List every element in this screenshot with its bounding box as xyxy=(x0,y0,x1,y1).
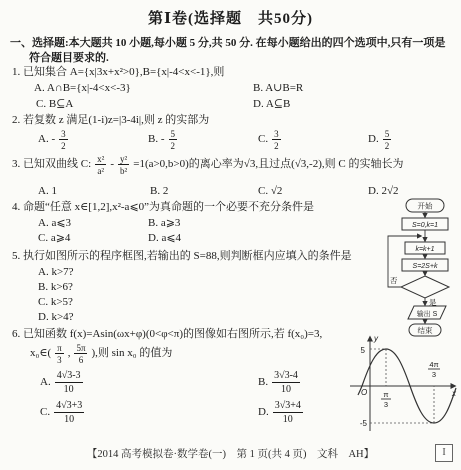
q6-option-b: B. 3√3-410 xyxy=(258,370,302,395)
option-label: C. xyxy=(258,133,268,147)
comma: , xyxy=(68,347,71,361)
q1-option-b: B. A∪B=R xyxy=(253,82,303,96)
fraction: 52 xyxy=(383,129,392,152)
minus-sign: - xyxy=(110,158,114,172)
y-max-tick: 5 xyxy=(361,346,366,355)
fraction: 52 xyxy=(169,129,178,152)
option-label: C. xyxy=(40,406,50,420)
q6-stem-pre: x₀∈( xyxy=(30,347,51,361)
q2-stem: 2. 若复数 z 满足(1-i)z=|3-4i|,则 z 的实部为 xyxy=(12,114,209,128)
q5-option-c: C. k>5? xyxy=(38,296,73,310)
fraction: 3√3+410 xyxy=(273,400,303,425)
y-axis-label: y xyxy=(373,334,379,343)
q5-stem: 5. 执行如图所示的程序框图,若输出的 S=88,则判断框内应填入的条件是 xyxy=(12,250,352,264)
fraction: 32 xyxy=(272,129,281,152)
q4-option-b: B. a⩾3 xyxy=(148,217,180,231)
option-label: A. xyxy=(40,376,51,390)
q3-option-a: A. 1 xyxy=(38,185,57,199)
q2-option-c: C. 32 xyxy=(258,129,283,152)
exam-page: 第Ⅰ卷(选择题 共50分) 一、选择题:本大题共 10 小题,每小题 5 分,共… xyxy=(0,0,461,470)
flowchart-decision-shape xyxy=(401,276,449,298)
instructions-line1: 一、选择题:本大题共 10 小题,每小题 5 分,共 50 分. 在每小题给出的… xyxy=(10,37,445,51)
q4-option-d: D. a⩽4 xyxy=(148,232,181,246)
option-label: D. xyxy=(258,406,269,420)
flowchart-accumulate-label: S=2S+k xyxy=(413,263,438,270)
fraction: 4√3-310 xyxy=(55,370,83,395)
option-label: B. xyxy=(258,376,268,390)
q3-stem-post: =1(a>0,b>0)的离心率为√3,且过点(√3,-2),则 C 的实轴长为 xyxy=(133,158,403,172)
q1-option-c: C. B⊆A xyxy=(36,98,73,112)
q2-option-a: A. - 32 xyxy=(38,129,70,152)
q6-option-a: A. 4√3-310 xyxy=(40,370,85,395)
trough-x-tick-num: 4π xyxy=(429,360,438,369)
sine-function-graph: y x O 5 -5 π 3 4π 3 xyxy=(346,330,460,436)
fraction: 5π6 xyxy=(74,343,87,366)
q1-stem: 1. 已知集合 A={x|3x+x²>0},B={x|-4<x<-1},则 xyxy=(12,66,224,80)
q4-stem: 4. 命题“任意 x∈[1,2],x²-a⩽0”为真命题的一个必要不充分条件是 xyxy=(12,201,314,215)
q1-option-d: D. A⊆B xyxy=(253,98,290,112)
q6-option-d: D. 3√3+410 xyxy=(258,400,305,425)
flowchart-increment-label: k=k+1 xyxy=(415,246,434,253)
peak-guide-lines xyxy=(370,349,386,386)
origin-label: O xyxy=(361,388,367,397)
peak-x-tick-den: 3 xyxy=(384,400,388,409)
q3-option-c: C. √2 xyxy=(258,185,282,199)
q3-stem: 3. 已知双曲线 C: x²a² - y²b² =1(a>0,b>0)的离心率为… xyxy=(12,154,403,177)
fraction: 3√3-410 xyxy=(272,370,300,395)
q6-stem-line1: 6. 已知函数 f(x)=Asin(ωx+φ)(0<φ<π)的图像如右图所示,若… xyxy=(12,328,322,342)
q5-option-d: D. k>4? xyxy=(38,311,74,325)
q4-option-a: A. a⩽3 xyxy=(38,217,71,231)
q4-option-c: C. a⩾4 xyxy=(38,232,70,246)
peak-x-tick-num: π xyxy=(383,390,388,399)
fraction: 32 xyxy=(59,129,68,152)
q6-option-c: C. 4√3+310 xyxy=(40,400,86,425)
q2-option-d: D. 52 xyxy=(368,129,393,152)
page-title: 第Ⅰ卷(选择题 共50分) xyxy=(0,10,461,29)
option-label: B. - xyxy=(148,133,165,147)
q3-option-b: B. 2 xyxy=(150,185,168,199)
option-label: D. xyxy=(368,133,379,147)
q6-stem-line2: x₀∈( π3 , 5π6 ),则 sin x₀ 的值为 xyxy=(30,343,172,366)
flowchart-init-label: S=0,k=1 xyxy=(412,222,438,229)
trough-x-tick-den: 3 xyxy=(432,370,436,379)
q5-option-b: B. k>6? xyxy=(38,281,73,295)
fraction: π3 xyxy=(55,343,64,366)
flowchart-output-label: 输出 S xyxy=(417,309,438,318)
option-label: A. - xyxy=(38,133,55,147)
program-flowchart: 开始 S=0,k=1 k=k+1 S=2S+k 否 是 输出 S 结束 xyxy=(378,196,461,338)
flowchart-start-label: 开始 xyxy=(418,201,433,211)
page-footer: 【2014 高考模拟卷·数学卷(一) 第 1 页(共 4 页) 文科 AH】 xyxy=(0,448,461,461)
fraction: y²b² xyxy=(118,154,129,177)
q6-stem-post: ),则 sin x₀ 的值为 xyxy=(91,347,172,361)
y-min-tick: -5 xyxy=(360,419,368,428)
corner-page-mark: I xyxy=(435,444,453,462)
q5-option-a: A. k>7? xyxy=(38,266,74,280)
fraction: 4√3+310 xyxy=(54,400,84,425)
instructions-line2: 符合题目要求的. xyxy=(29,52,109,66)
q2-option-b: B. - 52 xyxy=(148,129,179,152)
q3-stem-pre: 3. 已知双曲线 C: xyxy=(12,158,91,172)
q1-option-a: A. A∩B={x|-4<x<-3} xyxy=(34,82,131,96)
fraction: x²a² xyxy=(95,154,106,177)
flowchart-no-label: 否 xyxy=(390,276,398,285)
